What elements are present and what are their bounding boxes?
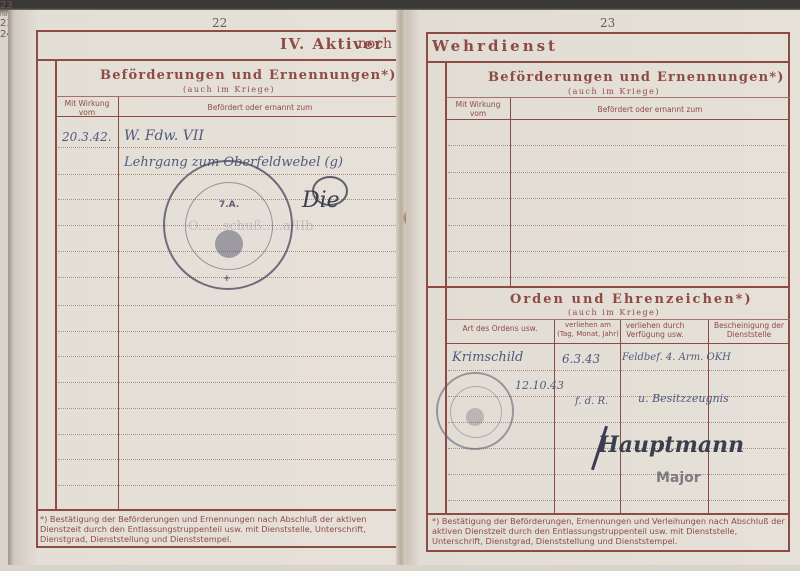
- page-number-right: 23: [600, 16, 615, 30]
- page-number-left: 22: [212, 16, 227, 30]
- signature-flourish: [312, 176, 348, 206]
- divider: [426, 61, 790, 63]
- divider: [56, 116, 402, 117]
- divider: [446, 319, 790, 320]
- book-spine: [396, 10, 406, 565]
- rank-stamp: Major: [656, 470, 701, 486]
- divider: [426, 286, 790, 288]
- award-date: 6.3.43: [562, 352, 600, 366]
- column-line: [554, 320, 555, 513]
- divider: [36, 509, 402, 511]
- section-title-promotions-right: Beförderungen und Ernennungen*): [488, 70, 785, 85]
- certification-fdr: f. d. R.: [575, 396, 608, 407]
- seal-center-text: 7.A.: [219, 200, 239, 210]
- section-title-promotions-left: Beförderungen und Ernennungen*): [100, 68, 397, 83]
- column-line: [620, 320, 621, 513]
- section-subtitle-left: (auch im Kriege): [183, 85, 275, 94]
- entry-date: 20.3.42.: [62, 130, 112, 144]
- column-header-awarded-on: verliehen am (Tag, Monat, Jahr): [556, 321, 620, 339]
- divider: [446, 119, 790, 120]
- award-name: Krimschild: [452, 350, 523, 365]
- certification-note: u. Besitzzeugnis: [638, 392, 729, 405]
- column-header-awarded-by: verliehen durch Verfügung usw.: [622, 321, 688, 339]
- margin-column-line: [55, 60, 57, 509]
- divider: [446, 343, 790, 344]
- section-subtitle-right: (auch im Kriege): [568, 87, 660, 96]
- official-seal-stamp: 7.A. +: [163, 160, 293, 290]
- column-line: [510, 98, 511, 286]
- column-header-date: Mit Wirkung vom: [58, 99, 116, 117]
- header-title-left: IV. Aktiver: [280, 35, 384, 53]
- column-header-promoted: Befördert oder ernannt zum: [120, 103, 400, 112]
- award-authority: Feldbef. 4. Arm. OKH: [622, 352, 731, 363]
- open-booklet: 22 noch IV. Aktiver Beförderungen und Er…: [0, 0, 800, 571]
- footnote-left: *) Bestätigung der Beförderungen und Ern…: [40, 514, 398, 544]
- column-header-date-right: Mit Wirkung vom: [448, 100, 508, 118]
- column-header-certification: Bescheinigung der Dienststelle: [710, 321, 788, 339]
- section-subtitle-decorations: (auch im Kriege): [568, 308, 660, 317]
- column-line: [118, 97, 119, 509]
- section-title-decorations: Orden und Ehrenzeichen*): [510, 292, 753, 307]
- header-title-right: Wehrdienst: [432, 37, 558, 55]
- signature-right: Hauptmann: [598, 432, 744, 458]
- entry-rank: W. Fdw. VII: [124, 128, 204, 144]
- divider: [426, 513, 790, 515]
- certification-date: 12.10.43: [515, 379, 564, 392]
- column-line: [708, 320, 709, 513]
- column-header-award: Art des Ordens usw.: [448, 324, 552, 333]
- divider: [36, 59, 402, 61]
- divider: [446, 97, 790, 98]
- divider: [56, 96, 402, 97]
- office-stamp: [436, 372, 514, 450]
- column-header-promoted-right: Befördert oder ernannt zum: [512, 105, 788, 114]
- footnote-right: *) Bestätigung der Beförderungen, Ernenn…: [432, 516, 786, 546]
